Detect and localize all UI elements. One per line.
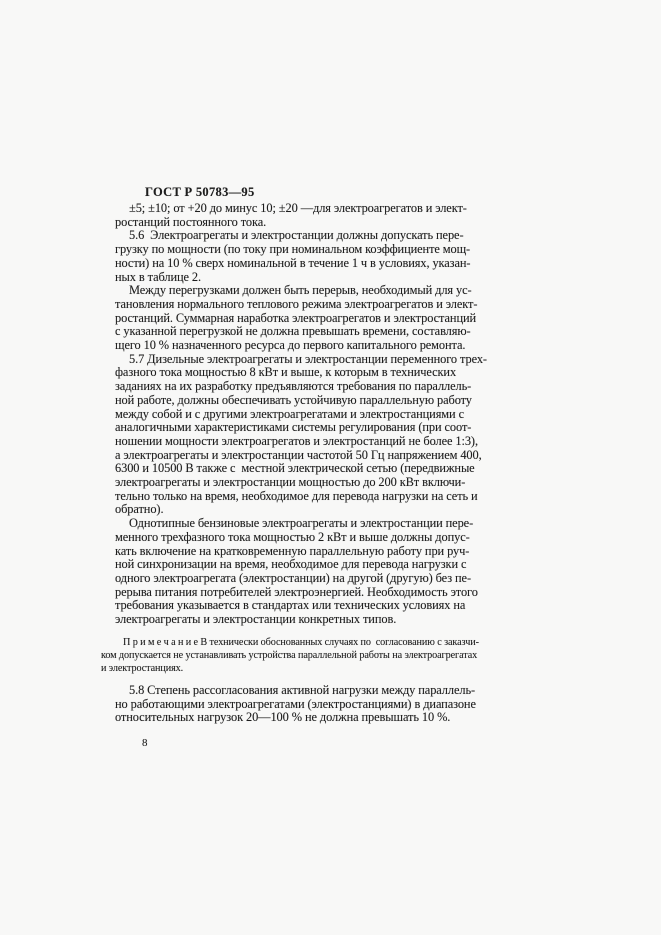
paragraph-tolerance-continuation: ±5; ±10; от +20 до минус 10; ±20 —для эл…: [115, 202, 517, 229]
paragraph-clause-5-6: 5.6 Электроагрегаты и электростанции дол…: [115, 229, 517, 284]
paragraph-gasoline-parallel: Однотипные бензиновые электроагрегаты и …: [115, 517, 517, 627]
paragraph-overload-interval: Между перегрузками должен быть перерыв, …: [115, 284, 517, 353]
text-column: ±5; ±10; от +20 до минус 10; ±20 —для эл…: [115, 202, 517, 725]
note-block: П р и м е ч а н и е В технически обоснов…: [101, 636, 517, 675]
page-number: 8: [142, 737, 148, 749]
document-header: ГОСТ Р 50783—95: [145, 185, 255, 200]
document-page: ГОСТ Р 50783—95 ±5; ±10; от +20 до минус…: [0, 0, 661, 935]
paragraph-clause-5-7: 5.7 Дизельные электроагрегаты и электрос…: [115, 353, 517, 517]
paragraph-clause-5-8: 5.8 Степень рассогласования активной наг…: [115, 684, 517, 725]
